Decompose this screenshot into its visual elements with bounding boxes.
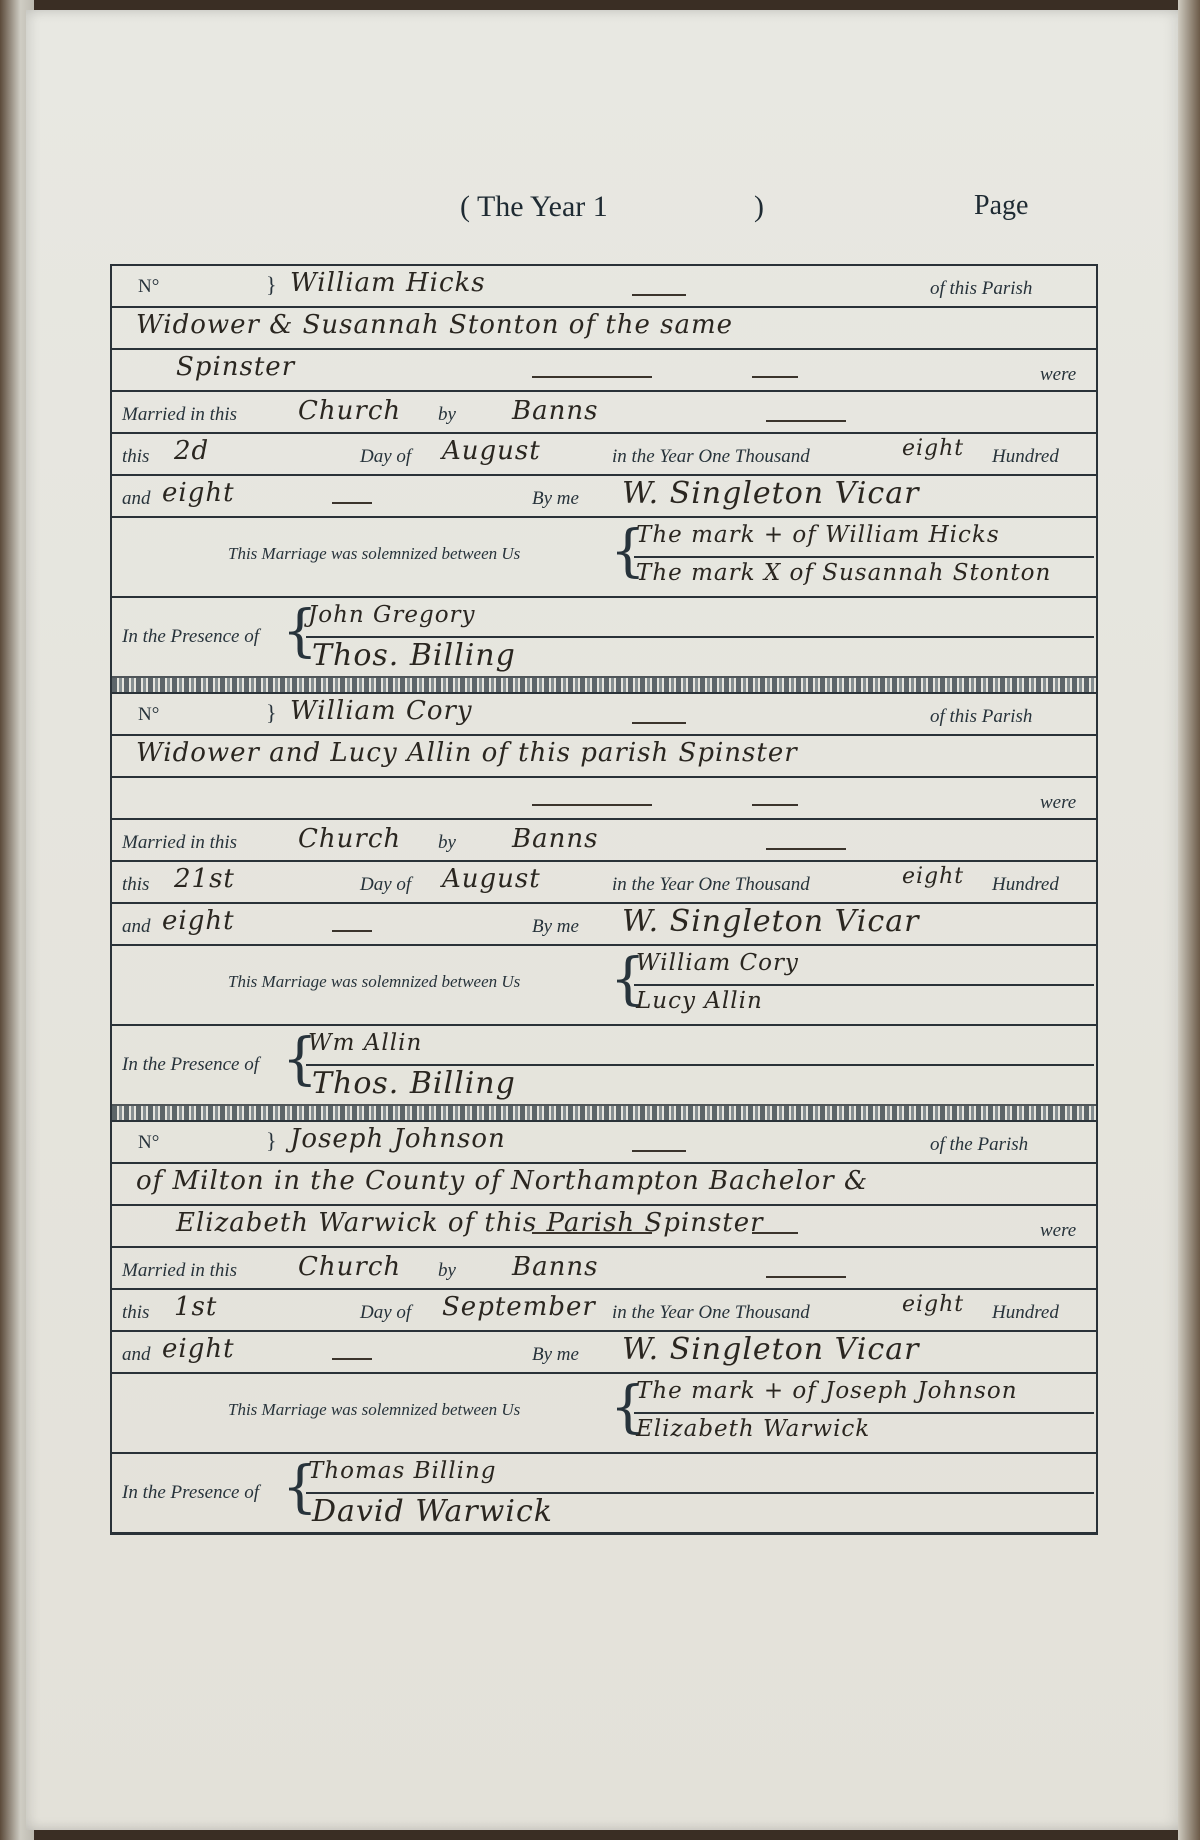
- witness2-signature: Thos. Billing: [312, 1066, 516, 1101]
- party2-signature: Lucy Allin: [636, 988, 763, 1014]
- party1-signature: William Cory: [636, 950, 799, 976]
- and-label: and: [122, 916, 151, 938]
- solemnized-row: This Marriage was solemnized between Us …: [112, 944, 1096, 1024]
- solemnized-row: This Marriage was solemnized between Us …: [112, 516, 1096, 596]
- place-value: Church: [298, 396, 401, 426]
- parties-line: of Milton in the County of Northampton B…: [136, 1166, 868, 1196]
- married-row: Married in this Church by Banns: [112, 1246, 1096, 1288]
- officiant-row: and eight By me W. Singleton Vicar: [112, 474, 1096, 516]
- presence-label: In the Presence of: [122, 1054, 259, 1076]
- year-label: in the Year One Thousand: [612, 874, 810, 896]
- marriage-entry: N° } William Cory of this Parish Widower…: [112, 692, 1096, 1104]
- year-rest-value: eight: [162, 478, 235, 508]
- page-label: Page: [974, 190, 1028, 222]
- method-value: Banns: [512, 824, 598, 854]
- year-rest-value: eight: [162, 1334, 235, 1364]
- brace-small: }: [266, 272, 277, 298]
- filler-dash: [752, 1232, 798, 1234]
- filler-dash: [532, 1232, 652, 1234]
- filler-dash: [532, 376, 652, 378]
- status-row: Spinster were: [112, 348, 1096, 390]
- officiant-signature: W. Singleton Vicar: [622, 476, 919, 511]
- groom-name: William Cory: [290, 696, 473, 726]
- parties-row: of Milton in the County of Northampton B…: [112, 1162, 1096, 1204]
- filler-dash: [766, 420, 846, 422]
- and-label: and: [122, 1344, 151, 1366]
- date-row: this 2d Day of August in the Year One Th…: [112, 432, 1096, 474]
- day-value: 1st: [174, 1292, 217, 1322]
- by-me-label: By me: [532, 1344, 579, 1366]
- filler-dash: [532, 804, 652, 806]
- date-row: this 21st Day of August in the Year One …: [112, 860, 1096, 902]
- this-label: this: [122, 874, 149, 896]
- status-line: Elizabeth Warwick of this Parish Spinste…: [176, 1208, 764, 1238]
- were-label: were: [1040, 364, 1076, 386]
- brace-small: }: [266, 1128, 277, 1154]
- year-label: in the Year One Thousand: [612, 1302, 810, 1324]
- ornamental-divider: [112, 676, 1096, 692]
- party1-signature: The mark + of William Hicks: [636, 522, 1000, 548]
- register-page: ( The Year 1 ) Page N° } William Hicks o…: [26, 10, 1184, 1830]
- party1-signature: The mark + of Joseph Johnson: [636, 1378, 1018, 1404]
- year-hundreds-value: eight: [902, 436, 964, 461]
- day-of-label: Day of: [360, 446, 411, 468]
- day-of-label: Day of: [360, 1302, 411, 1324]
- filler-dash: [632, 1150, 686, 1152]
- married-label: Married in this: [122, 404, 237, 426]
- marriage-entry: N° } William Hicks of this Parish Widowe…: [112, 264, 1096, 676]
- year-heading: ( The Year 1: [460, 190, 608, 224]
- hundred-label: Hundred: [992, 1302, 1059, 1324]
- by-me-label: By me: [532, 916, 579, 938]
- officiant-row: and eight By me W. Singleton Vicar: [112, 1330, 1096, 1372]
- parish-label: of the Parish: [930, 1134, 1028, 1156]
- parties-line: Widower & Susannah Stonton of the same: [136, 310, 733, 340]
- solemnized-label: This Marriage was solemnized between Us: [228, 544, 520, 564]
- hundred-label: Hundred: [992, 446, 1059, 468]
- filler-dash: [752, 804, 798, 806]
- witness1-signature: John Gregory: [308, 602, 476, 628]
- presence-label: In the Presence of: [122, 626, 259, 648]
- witness2-signature: David Warwick: [312, 1494, 553, 1529]
- solemnized-label: This Marriage was solemnized between Us: [228, 1400, 520, 1420]
- number-label: N°: [138, 1132, 159, 1154]
- witness2-signature: Thos. Billing: [312, 638, 516, 673]
- groom-row: N° } Joseph Johnson of the Parish: [112, 1120, 1096, 1162]
- were-label: were: [1040, 1220, 1076, 1242]
- parish-label: of this Parish: [930, 706, 1032, 728]
- status-row: were: [112, 776, 1096, 818]
- marriage-register-table: N° } William Hicks of this Parish Widowe…: [110, 264, 1098, 1535]
- year-hundreds-value: eight: [902, 1292, 964, 1317]
- party2-signature: The mark X of Susannah Stonton: [636, 560, 1051, 586]
- signature-line: [634, 984, 1094, 986]
- presence-row: In the Presence of { John Gregory Thos. …: [112, 596, 1096, 676]
- month-value: August: [442, 864, 541, 894]
- signature-line: [634, 556, 1094, 558]
- filler-dash: [766, 1276, 846, 1278]
- filler-dash: [632, 722, 686, 724]
- parish-label: of this Parish: [930, 278, 1032, 300]
- this-label: this: [122, 446, 149, 468]
- year-rest-value: eight: [162, 906, 235, 936]
- by-label: by: [438, 404, 456, 426]
- method-value: Banns: [512, 1252, 598, 1282]
- filler-dash: [632, 294, 686, 296]
- month-value: August: [442, 436, 541, 466]
- parties-row: Widower and Lucy Allin of this parish Sp…: [112, 734, 1096, 776]
- presence-label: In the Presence of: [122, 1482, 259, 1504]
- day-value: 2d: [174, 436, 209, 466]
- day-of-label: Day of: [360, 874, 411, 896]
- page-header: ( The Year 1 ) Page: [26, 190, 1184, 230]
- number-label: N°: [138, 704, 159, 726]
- groom-name: William Hicks: [290, 268, 486, 298]
- filler-dash: [332, 502, 372, 504]
- by-label: by: [438, 1260, 456, 1282]
- parties-line: Widower and Lucy Allin of this parish Sp…: [136, 738, 798, 768]
- officiant-signature: W. Singleton Vicar: [622, 1332, 919, 1367]
- officiant-signature: W. Singleton Vicar: [622, 904, 919, 939]
- table-bottom-rule: [112, 1532, 1096, 1535]
- day-value: 21st: [174, 864, 235, 894]
- number-label: N°: [138, 276, 159, 298]
- groom-name: Joseph Johnson: [290, 1124, 506, 1154]
- signature-line: [634, 1412, 1094, 1414]
- witness1-signature: Wm Allin: [308, 1030, 422, 1056]
- place-value: Church: [298, 1252, 401, 1282]
- filler-dash: [332, 1358, 372, 1360]
- place-value: Church: [298, 824, 401, 854]
- book-edge: [1178, 0, 1200, 1840]
- solemnized-row: This Marriage was solemnized between Us …: [112, 1372, 1096, 1452]
- groom-row: N° } William Cory of this Parish: [112, 692, 1096, 734]
- married-label: Married in this: [122, 832, 237, 854]
- filler-dash: [766, 848, 846, 850]
- filler-dash: [752, 376, 798, 378]
- officiant-row: and eight By me W. Singleton Vicar: [112, 902, 1096, 944]
- parties-row: Widower & Susannah Stonton of the same: [112, 306, 1096, 348]
- ornamental-divider: [112, 1104, 1096, 1120]
- presence-row: In the Presence of { Wm Allin Thos. Bill…: [112, 1024, 1096, 1104]
- party2-signature: Elizabeth Warwick: [636, 1416, 870, 1442]
- solemnized-label: This Marriage was solemnized between Us: [228, 972, 520, 992]
- year-hundreds-value: eight: [902, 864, 964, 889]
- brace-small: }: [266, 700, 277, 726]
- method-value: Banns: [512, 396, 598, 426]
- married-label: Married in this: [122, 1260, 237, 1282]
- were-label: were: [1040, 792, 1076, 814]
- married-row: Married in this Church by Banns: [112, 818, 1096, 860]
- presence-row: In the Presence of { Thomas Billing Davi…: [112, 1452, 1096, 1532]
- status-row: Elizabeth Warwick of this Parish Spinste…: [112, 1204, 1096, 1246]
- status-line: Spinster: [176, 352, 295, 382]
- married-row: Married in this Church by Banns: [112, 390, 1096, 432]
- groom-row: N° } William Hicks of this Parish: [112, 264, 1096, 306]
- year-label: in the Year One Thousand: [612, 446, 810, 468]
- by-me-label: By me: [532, 488, 579, 510]
- hundred-label: Hundred: [992, 874, 1059, 896]
- marriage-entry: N° } Joseph Johnson of the Parish of Mil…: [112, 1120, 1096, 1532]
- year-heading-close: ): [754, 190, 764, 224]
- witness1-signature: Thomas Billing: [308, 1458, 497, 1484]
- by-label: by: [438, 832, 456, 854]
- this-label: this: [122, 1302, 149, 1324]
- filler-dash: [332, 930, 372, 932]
- and-label: and: [122, 488, 151, 510]
- date-row: this 1st Day of September in the Year On…: [112, 1288, 1096, 1330]
- month-value: September: [442, 1292, 596, 1322]
